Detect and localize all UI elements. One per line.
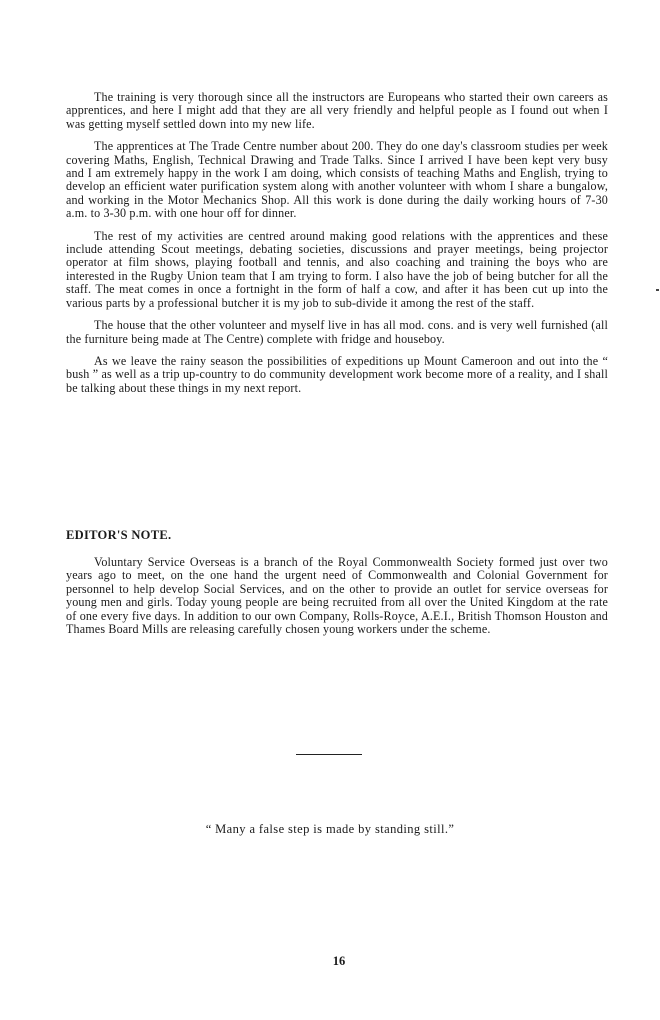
article-body: The training is very thorough since all … <box>66 91 608 404</box>
paragraph-activities: The rest of my activities are centred ar… <box>66 230 608 310</box>
section-divider <box>296 754 362 755</box>
closing-quote: “ Many a false step is made by standing … <box>0 822 660 837</box>
paragraph-apprentices: The apprentices at The Trade Centre numb… <box>66 140 608 220</box>
paragraph-training: The training is very thorough since all … <box>66 91 608 131</box>
scan-speck <box>656 289 659 291</box>
page-number: 16 <box>0 954 660 969</box>
editors-note-paragraph: Voluntary Service Overseas is a branch o… <box>66 556 608 636</box>
editors-note: Voluntary Service Overseas is a branch o… <box>66 556 608 645</box>
paragraph-rainy-season: As we leave the rainy season the possibi… <box>66 355 608 395</box>
editors-note-heading: EDITOR'S NOTE. <box>66 528 171 543</box>
paragraph-house: The house that the other volunteer and m… <box>66 319 608 346</box>
